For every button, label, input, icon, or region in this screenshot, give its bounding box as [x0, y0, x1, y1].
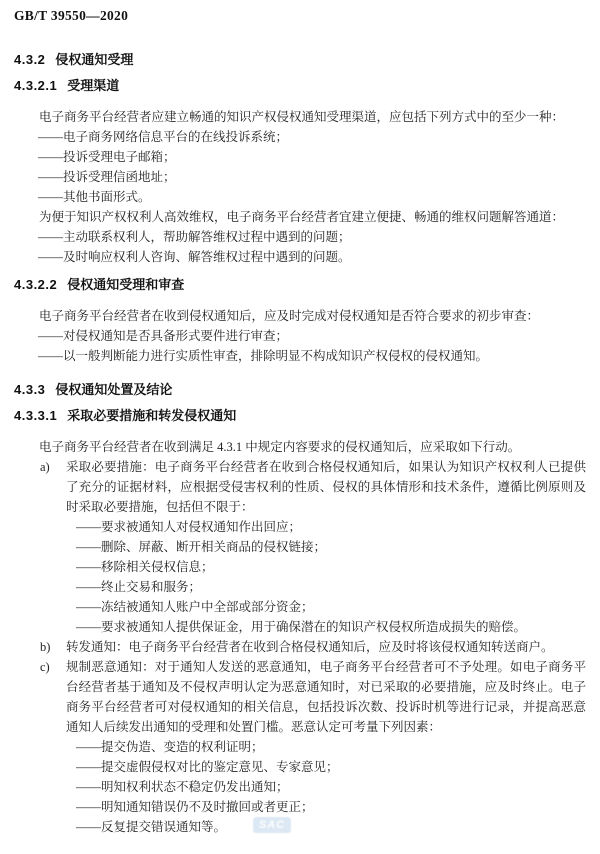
- list-item-line: 台经营者基于通知及不侵权声明认定为恶意通知时，对已采取的必要措施，应及时终止。电…: [66, 677, 586, 697]
- heading-number: 4.3.2: [14, 52, 45, 67]
- dash-item-text: 明知权利状态不稳定仍发出通知；: [101, 780, 289, 794]
- em-dash-prefix: ——: [76, 560, 101, 574]
- dash-item: ——对侵权通知是否具备形式要件进行审查；: [14, 326, 586, 346]
- em-dash-prefix: ——: [76, 620, 101, 634]
- dash-item-text: 要求被通知人对侵权通知作出回应；: [101, 520, 301, 534]
- dash-item-text: 提交虚假侵权对比的鉴定意见、专家意见；: [101, 760, 339, 774]
- dash-item: ——投诉受理信函地址；: [14, 167, 586, 187]
- document-body: 4.3.2侵权通知受理4.3.2.1受理渠道电子商务平台经营者应建立畅通的知识产…: [14, 52, 586, 837]
- dash-item-text: 终止交易和服务；: [101, 580, 201, 594]
- dash-item-text: 删除、屏蔽、断开相关商品的侵权链接；: [101, 540, 326, 554]
- heading-title: 侵权通知受理和审查: [67, 277, 184, 292]
- dash-item-text: 提交伪造、变造的权利证明；: [101, 740, 264, 754]
- dash-item: ——终止交易和服务；: [14, 577, 586, 597]
- dash-item: ——移除相关侵权信息；: [14, 557, 586, 577]
- heading-number: 4.3.2.1: [14, 78, 57, 93]
- heading-title: 侵权通知受理: [55, 52, 133, 67]
- em-dash-prefix: ——: [38, 150, 63, 164]
- dash-item-text: 其他书面形式。: [63, 190, 151, 204]
- em-dash-prefix: ——: [76, 780, 101, 794]
- em-dash-prefix: ——: [38, 230, 63, 244]
- em-dash-prefix: ——: [76, 800, 101, 814]
- dash-item-text: 冻结被通知人账户中全部或部分资金；: [101, 600, 314, 614]
- dash-item: ——其他书面形式。: [14, 187, 586, 207]
- em-dash-prefix: ——: [38, 170, 63, 184]
- section-heading: 4.3.3.1采取必要措施和转发侵权通知: [14, 408, 586, 424]
- paragraph: 电子商务平台经营者应建立畅通的知识产权侵权通知受理渠道，应包括下列方式中的至少一…: [14, 107, 586, 127]
- section-heading: 4.3.3侵权通知处置及结论: [14, 382, 586, 398]
- list-item-label: b): [40, 637, 50, 657]
- dash-item: ——要求被通知人对侵权通知作出回应；: [14, 517, 586, 537]
- em-dash-prefix: ——: [76, 600, 101, 614]
- paragraph: 电子商务平台经营者在收到侵权通知后，应及时完成对侵权通知是否符合要求的初步审查：: [14, 306, 586, 326]
- list-item-line: 通知人后续发出通知的受理和处置门槛。恶意认定可考量下列因素：: [66, 717, 586, 737]
- list-item-label: c): [40, 657, 50, 677]
- dash-item-text: 移除相关侵权信息；: [101, 560, 214, 574]
- em-dash-prefix: ——: [38, 250, 63, 264]
- list-item-label: a): [40, 457, 50, 477]
- section-heading: 4.3.2.1受理渠道: [14, 78, 586, 94]
- em-dash-prefix: ——: [76, 540, 101, 554]
- section-heading: 4.3.2侵权通知受理: [14, 52, 586, 68]
- em-dash-prefix: ——: [76, 580, 101, 594]
- dash-item: ——明知权利状态不稳定仍发出通知；: [14, 777, 586, 797]
- paragraph: 为便于知识产权权利人高效维权，电子商务平台经营者宜建立便捷、畅通的维权问题解答通…: [14, 207, 586, 227]
- dash-item: ——反复提交错误通知等。: [14, 817, 586, 837]
- dash-item: ——及时响应权利人咨询、解答维权过程中遇到的问题。: [14, 247, 586, 267]
- em-dash-prefix: ——: [76, 760, 101, 774]
- list-item: a)采取必要措施：电子商务平台经营者在收到合格侵权通知后，如果认为知识产权权利人…: [14, 457, 586, 517]
- heading-title: 受理渠道: [67, 78, 119, 93]
- list-item-line: 商务平台经营者可对侵权通知的相关信息，包括投诉次数、投诉时机等进行记录，并提高恶…: [66, 697, 586, 717]
- page-header: GB/T 39550—2020: [14, 8, 586, 24]
- dash-item-text: 主动联系权利人，帮助解答维权过程中遇到的问题；: [63, 230, 351, 244]
- dash-item: ——提交伪造、变造的权利证明；: [14, 737, 586, 757]
- heading-number: 4.3.3.1: [14, 408, 57, 423]
- dash-item-text: 反复提交错误通知等。: [101, 820, 226, 834]
- section-heading: 4.3.2.2侵权通知受理和审查: [14, 277, 586, 293]
- dash-item-text: 投诉受理信函地址；: [63, 170, 176, 184]
- dash-item: ——明知通知错误仍不及时撤回或者更正；: [14, 797, 586, 817]
- em-dash-prefix: ——: [38, 190, 63, 204]
- sac-watermark: SAC: [253, 817, 291, 833]
- heading-title: 采取必要措施和转发侵权通知: [67, 408, 236, 423]
- list-item: c)规制恶意通知：对于通知人发送的恶意通知，电子商务平台经营者可不予处理。如电子…: [14, 657, 586, 737]
- list-item-line: 采取必要措施：电子商务平台经营者在收到合格侵权通知后，如果认为知识产权权利人已提…: [66, 457, 586, 477]
- dash-item: ——删除、屏蔽、断开相关商品的侵权链接；: [14, 537, 586, 557]
- dash-item: ——冻结被通知人账户中全部或部分资金；: [14, 597, 586, 617]
- em-dash-prefix: ——: [76, 820, 101, 834]
- list-item-line: 规制恶意通知：对于通知人发送的恶意通知，电子商务平台经营者可不予处理。如电子商务…: [66, 657, 586, 677]
- document-page: GB/T 39550—2020 4.3.2侵权通知受理4.3.2.1受理渠道电子…: [0, 0, 600, 854]
- dash-item-text: 以一般判断能力进行实质性审查，排除明显不构成知识产权侵权的侵权通知。: [63, 349, 488, 363]
- dash-item-text: 明知通知错误仍不及时撤回或者更正；: [101, 800, 314, 814]
- em-dash-prefix: ——: [76, 740, 101, 754]
- dash-item: ——以一般判断能力进行实质性审查，排除明显不构成知识产权侵权的侵权通知。: [14, 346, 586, 366]
- dash-item: ——投诉受理电子邮箱；: [14, 147, 586, 167]
- heading-number: 4.3.2.2: [14, 277, 57, 292]
- list-item-line: 时采取必要措施，包括但不限于：: [66, 497, 586, 517]
- list-item-line: 了充分的证据材料，应根据受侵害权利的性质、侵权的具体情形和技术条件，遵循比例原则…: [66, 477, 586, 497]
- dash-item-text: 电子商务网络信息平台的在线投诉系统；: [63, 130, 288, 144]
- dash-item: ——提交虚假侵权对比的鉴定意见、专家意见；: [14, 757, 586, 777]
- em-dash-prefix: ——: [76, 520, 101, 534]
- dash-item-text: 及时响应权利人咨询、解答维权过程中遇到的问题。: [63, 250, 351, 264]
- list-item: b)转发通知：电子商务平台经营者在收到合格侵权通知后，应及时将该侵权通知转送商户…: [14, 637, 586, 657]
- dash-item: ——要求被通知人提供保证金，用于确保潜在的知识产权侵权所造成损失的赔偿。: [14, 617, 586, 637]
- dash-item-text: 对侵权通知是否具备形式要件进行审查；: [63, 329, 288, 343]
- heading-number: 4.3.3: [14, 382, 45, 397]
- list-item-line: 转发通知：电子商务平台经营者在收到合格侵权通知后，应及时将该侵权通知转送商户。: [66, 637, 586, 657]
- dash-item: ——主动联系权利人，帮助解答维权过程中遇到的问题；: [14, 227, 586, 247]
- dash-item-text: 投诉受理电子邮箱；: [63, 150, 176, 164]
- em-dash-prefix: ——: [38, 329, 63, 343]
- dash-item: ——电子商务网络信息平台的在线投诉系统；: [14, 127, 586, 147]
- heading-title: 侵权通知处置及结论: [55, 382, 172, 397]
- em-dash-prefix: ——: [38, 130, 63, 144]
- em-dash-prefix: ——: [38, 349, 63, 363]
- paragraph: 电子商务平台经营者在收到满足 4.3.1 中规定内容要求的侵权通知后，应采取如下…: [14, 437, 586, 457]
- dash-item-text: 要求被通知人提供保证金，用于确保潜在的知识产权侵权所造成损失的赔偿。: [101, 620, 526, 634]
